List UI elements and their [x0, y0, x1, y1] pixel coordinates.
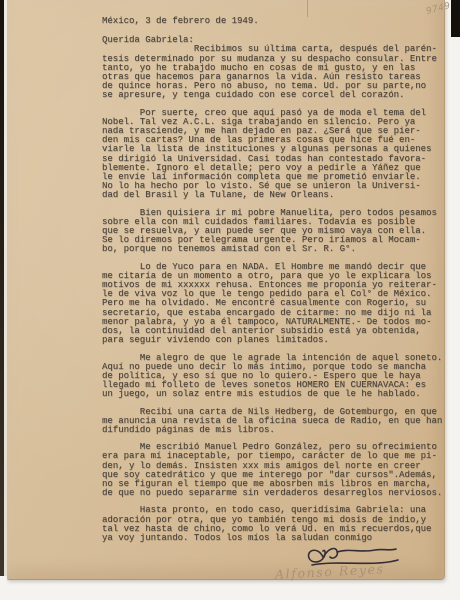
paragraph: Me alegro de que le agrade la intención … [102, 354, 447, 400]
letter-page: 9749 México, 3 de febrero de 1949. Queri… [7, 0, 445, 580]
paragraph: Bien quisiera ir mi pobre Manuelita, per… [102, 209, 447, 255]
archival-number: 9749 [425, 1, 452, 17]
paragraph: Lo de Yuco para en NADA. El Hombre me ma… [102, 263, 447, 346]
paragraph: Recibí una carta de Nils Hedberg, de Got… [102, 408, 447, 436]
paragraph: Me escribió Manuel Pedro González, pero … [102, 443, 447, 498]
paragraph: Hasta pronto, en todo caso, queridísima … [102, 506, 447, 543]
pencil-annotation-name: Alfonso Reyes [275, 561, 385, 582]
scan-background: 9749 México, 3 de febrero de 1949. Queri… [0, 0, 460, 600]
scan-left-sliver [4, 0, 7, 576]
paragraph: Por suerte, creo que aquí pasó ya de mod… [102, 109, 447, 201]
letter-paragraphs: Recibimos su última carta, después del p… [102, 45, 447, 543]
scan-corner-mark [451, 0, 460, 37]
letter-dateline: México, 3 de febrero de 1949. [102, 17, 447, 26]
paper-crease [307, 0, 308, 17]
paragraph: Recibimos su última carta, después del p… [102, 45, 447, 100]
letter-body: México, 3 de febrero de 1949. Querida Ga… [102, 17, 447, 551]
